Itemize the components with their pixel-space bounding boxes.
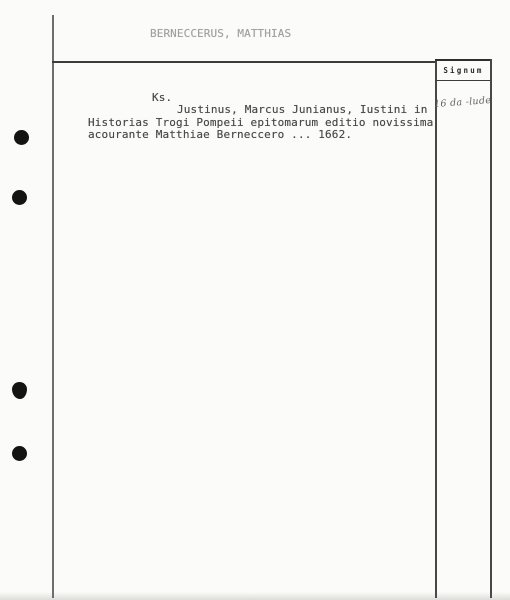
- card-top-border: [52, 61, 436, 63]
- card-heading: BERNECCERUS, MATTHIAS: [150, 27, 291, 40]
- card-body-text: Ks. Justinus, Marcus Junianus, Iustini i…: [88, 92, 433, 142]
- signum-header-box: Signum: [435, 59, 490, 81]
- signum-label: Signum: [441, 66, 483, 75]
- catalog-card-scan: BERNECCERUS, MATTHIAS Signum 16 da -lude…: [0, 0, 510, 600]
- punch-hole: [14, 130, 29, 145]
- body-line-imprint: acourante Matthiae Berneccero ... 1662.: [88, 129, 433, 141]
- punch-hole: [12, 446, 27, 461]
- signum-column-divider: [435, 59, 437, 598]
- scan-edge-shadow: [0, 592, 510, 600]
- signum-handwritten-value: 16 da -lude: [434, 95, 493, 110]
- card-right-border: [490, 59, 492, 598]
- punch-hole: [12, 190, 27, 205]
- punch-hole: [12, 382, 27, 399]
- left-margin-rule: [52, 15, 54, 598]
- body-line-author: Justinus, Marcus Junianus, Iustini in: [177, 104, 433, 116]
